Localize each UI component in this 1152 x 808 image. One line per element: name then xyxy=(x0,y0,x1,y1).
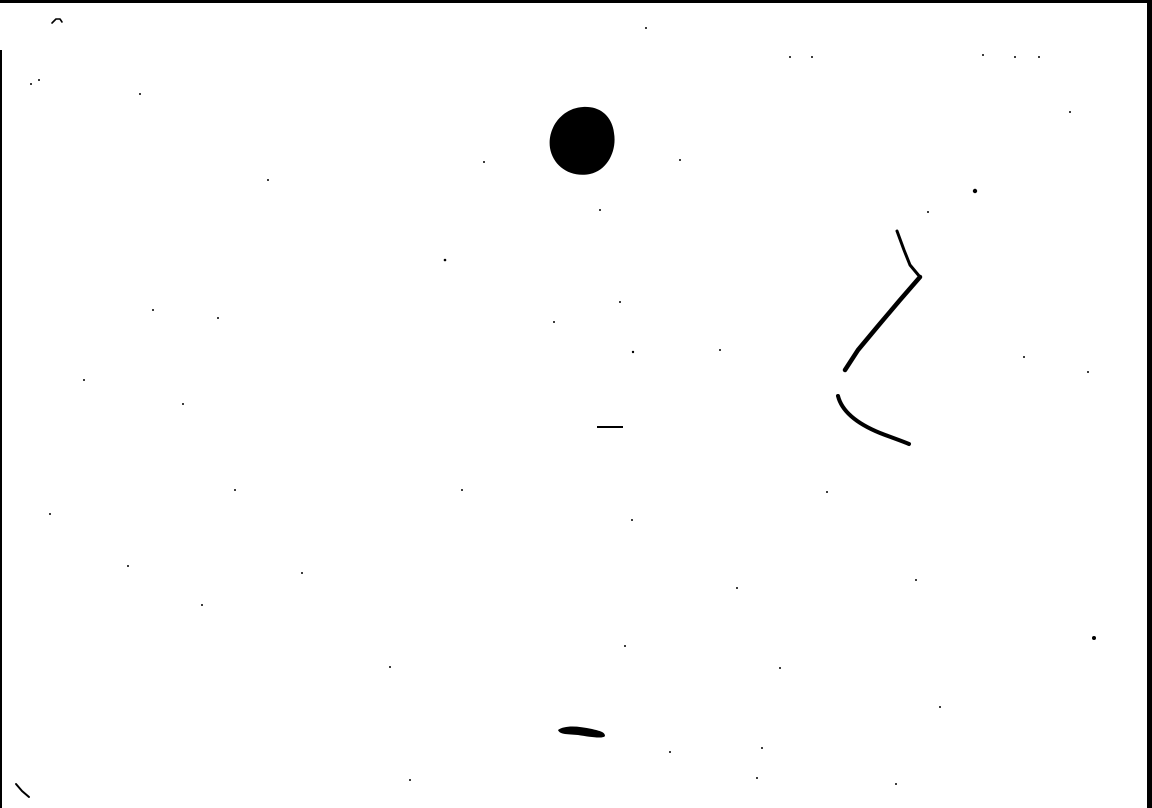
nose-stroke xyxy=(838,231,920,444)
corner-mark xyxy=(16,784,29,797)
eye-blob xyxy=(550,107,615,175)
center-dash xyxy=(597,426,623,428)
caret-mark xyxy=(52,19,62,23)
scanned-sketch xyxy=(0,0,1152,808)
mouth-dash xyxy=(558,727,605,738)
